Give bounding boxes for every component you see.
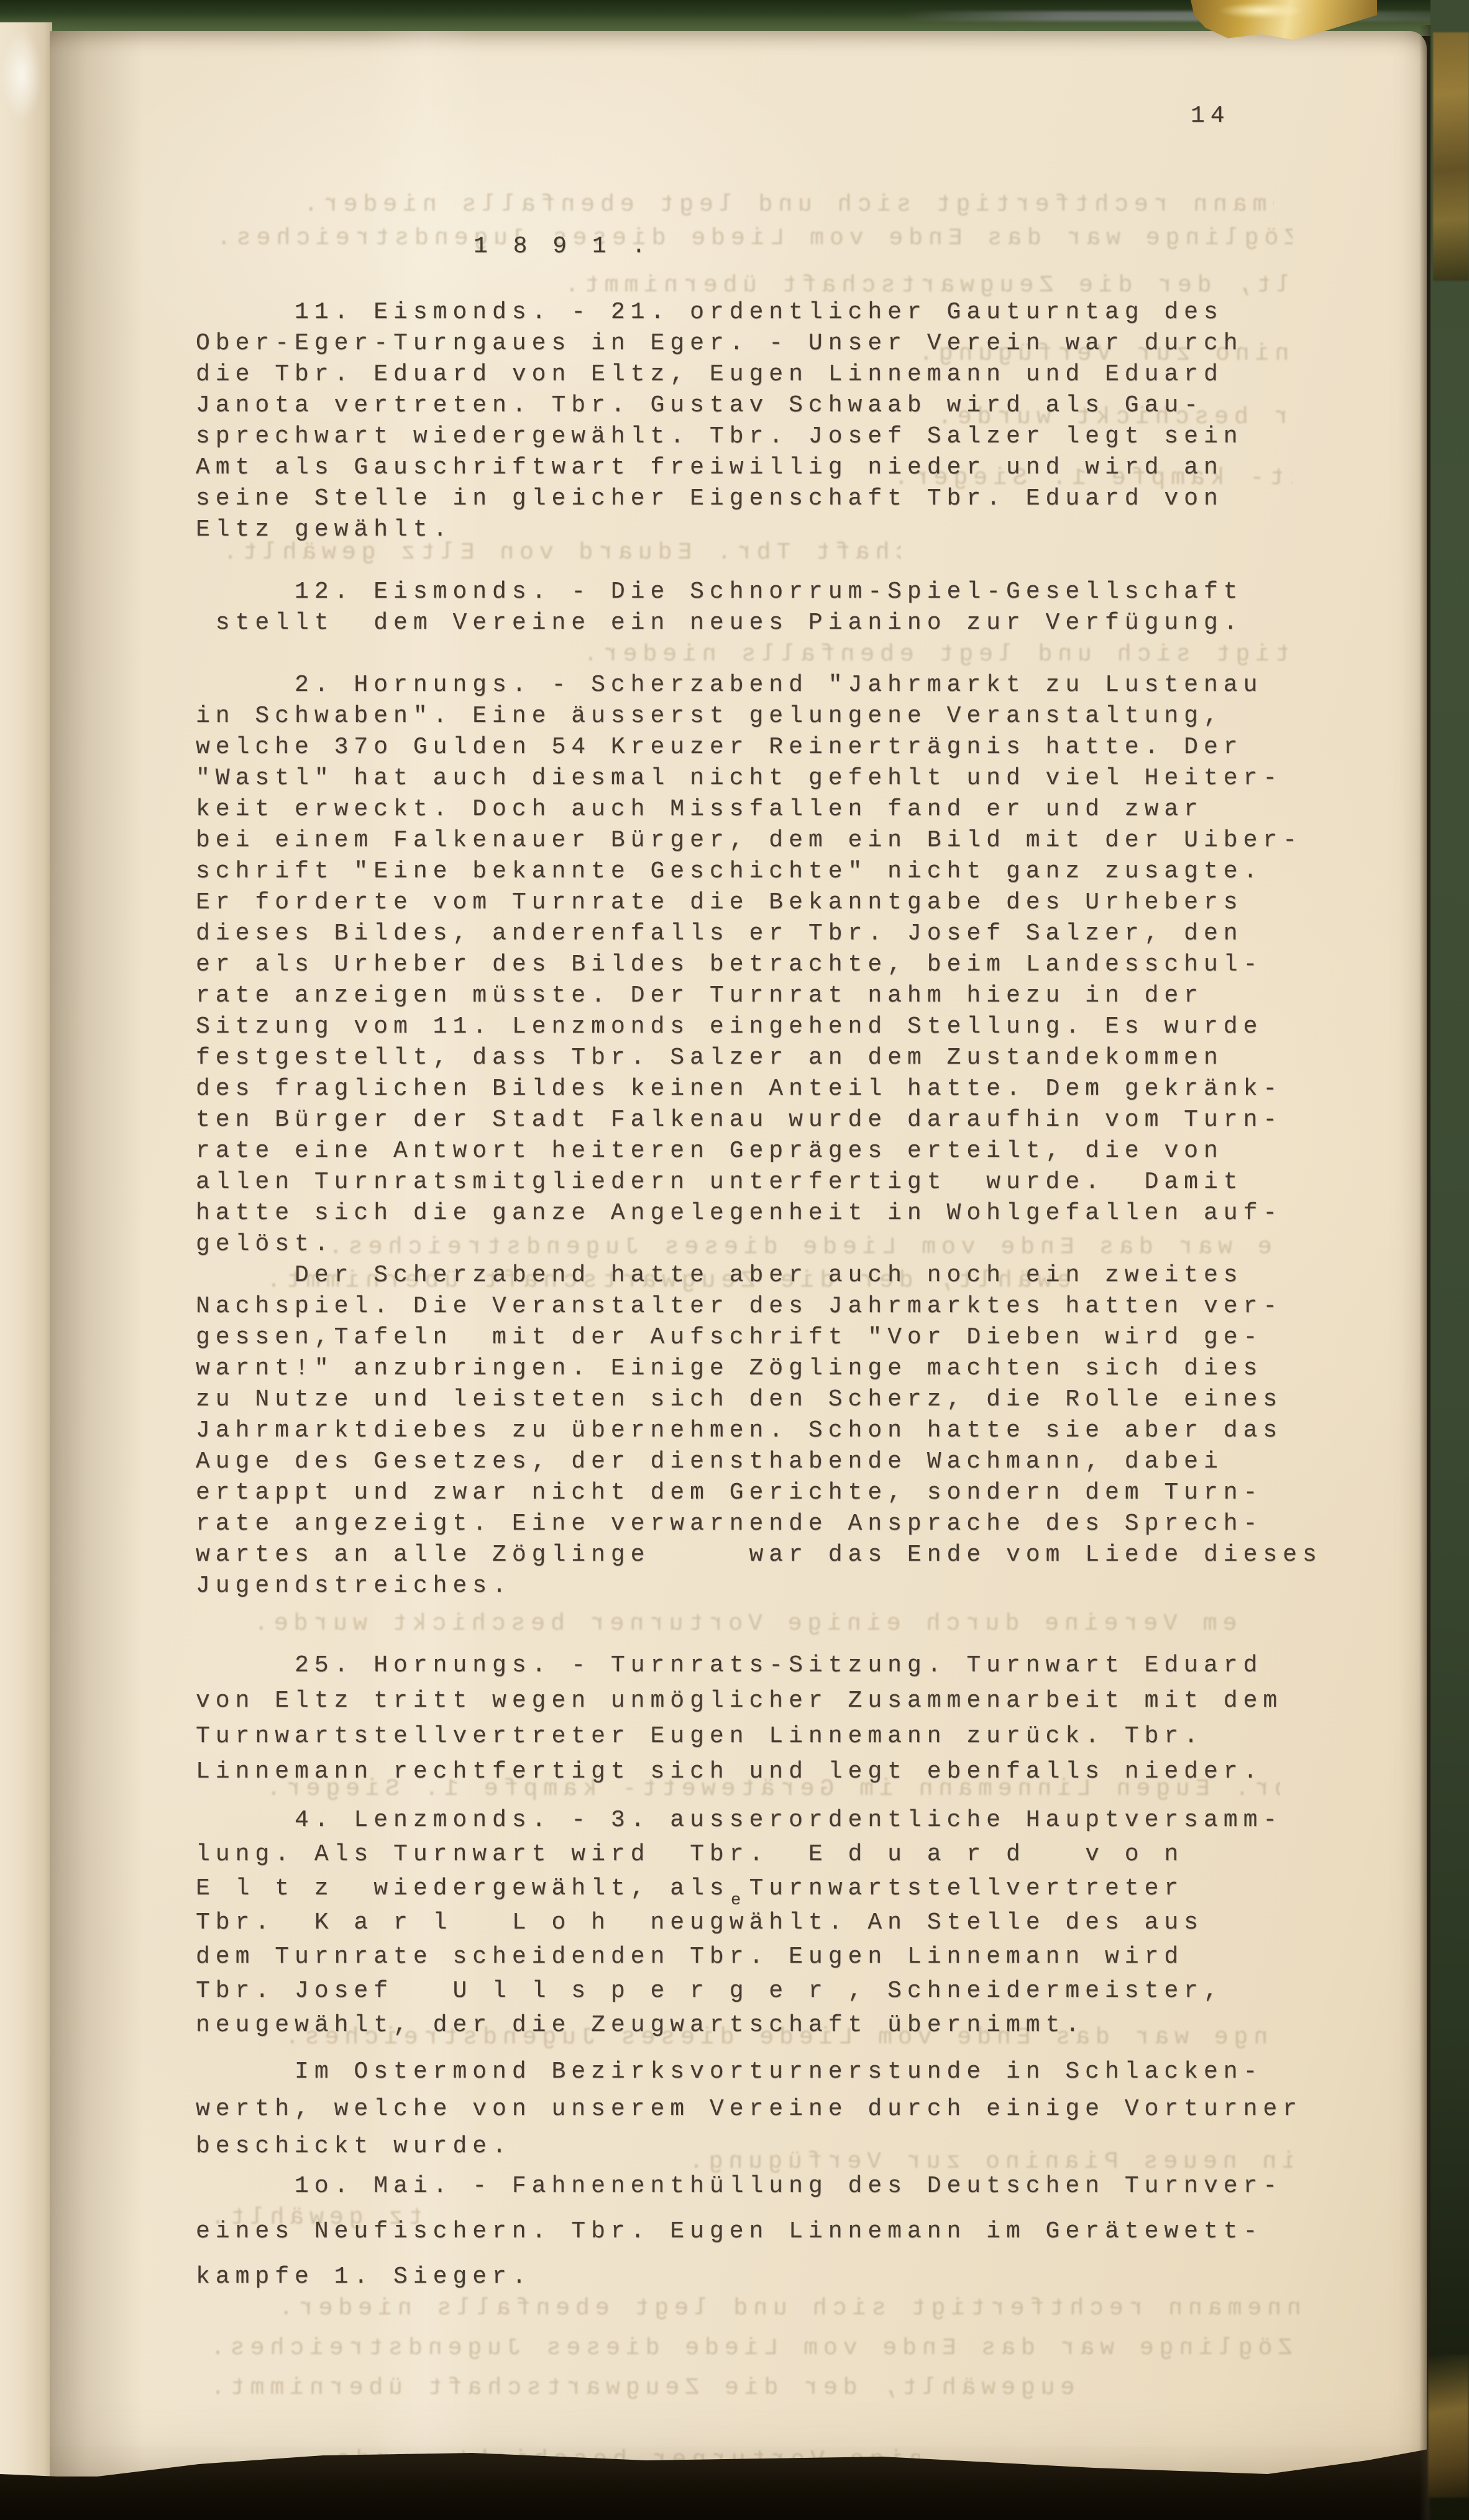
paragraph-25-hornungs: 25. Hornungs. - Turnrats-Sitzung. Turnwa… bbox=[196, 1648, 1283, 1789]
year-heading: 1 8 9 1 . bbox=[474, 231, 651, 262]
paragraph-12-eismonds: 12. Eismonds. - Die Schnorrum-Spiel-Gese… bbox=[196, 577, 1243, 639]
paragraph-4-lenzmonds: 4. Lenzmonds. - 3. ausserordentliche Hau… bbox=[196, 1803, 1283, 2042]
paragraph-11-eismonds: 11. Eismonds. - 21. ordentlicher Gauturn… bbox=[196, 297, 1243, 546]
paragraph-2-hornungs: 2. Hornungs. - Scherzabend "Jahrmarkt zu… bbox=[196, 670, 1322, 1602]
paragraph-10-mai: 1o. Mai. - Fahnenenthüllung des Deutsche… bbox=[196, 2163, 1283, 2299]
page-curl-highlight bbox=[1, 29, 42, 122]
paragraph-im-ostermond: Im Ostermond Bezirksvorturnerstunde in S… bbox=[196, 2053, 1302, 2165]
typed-correction-superscript-e: e bbox=[731, 1891, 741, 1910]
binding-bronze-streak-lower bbox=[1428, 2355, 1469, 2498]
book-cover-right-edge bbox=[1430, 0, 1469, 2520]
gold-clasp-glint bbox=[1218, 2, 1305, 19]
page-number: 14 bbox=[1191, 101, 1230, 132]
underlying-page-edge bbox=[0, 22, 52, 2485]
scanned-book-page: 25. Hornungs. - Turnrats-Sitzung. Turnwa… bbox=[0, 0, 1469, 2520]
gutter-shadow bbox=[50, 31, 143, 2477]
binding-bronze-streak bbox=[1433, 32, 1469, 281]
